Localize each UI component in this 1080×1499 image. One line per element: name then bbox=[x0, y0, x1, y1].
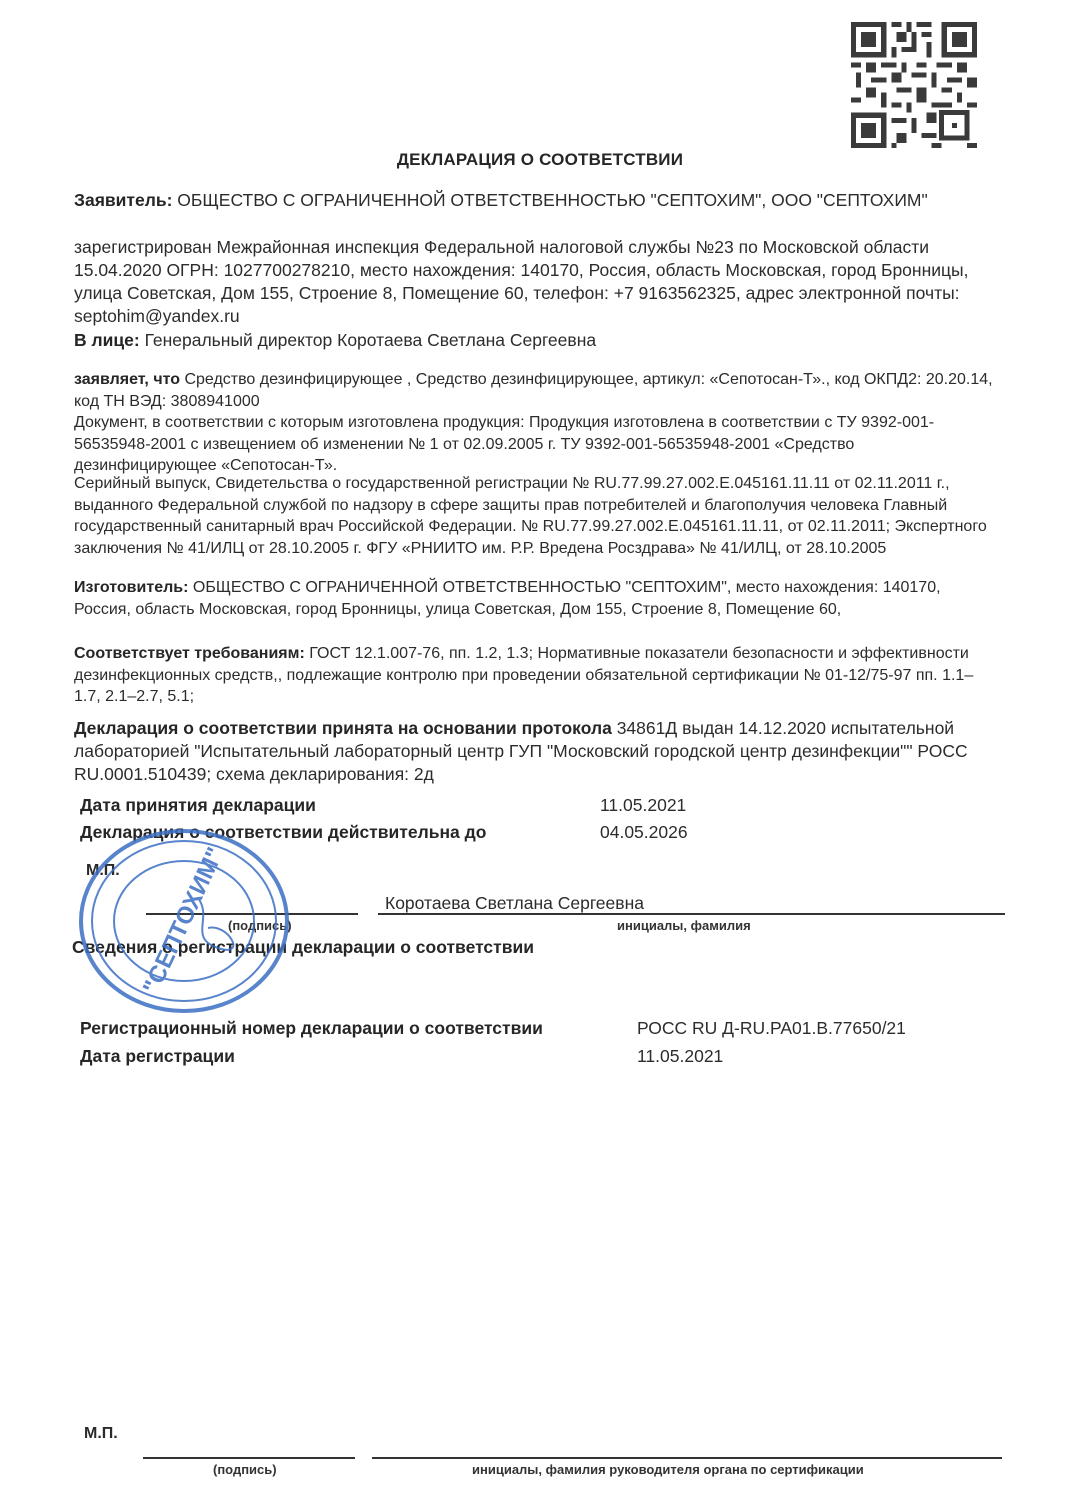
footer-signature-caption: (подпись) bbox=[213, 1462, 277, 1477]
applicant-name: ОБЩЕСТВО С ОГРАНИЧЕННОЙ ОТВЕТСТВЕННОСТЬЮ… bbox=[172, 190, 927, 210]
name-caption: инициалы, фамилия bbox=[617, 918, 751, 933]
manufacturer-label: Изготовитель: bbox=[74, 579, 188, 596]
valid-until-value: 04.05.2026 bbox=[600, 822, 688, 843]
manufacturer-text: ОБЩЕСТВО С ОГРАНИЧЕННОЙ ОТВЕТСТВЕННОСТЬЮ… bbox=[74, 579, 941, 618]
signatory-name: Коротаева Светлана Сергеевна bbox=[385, 893, 644, 914]
footer-name-caption: инициалы, фамилия руководителя органа по… bbox=[472, 1462, 864, 1477]
represented-by: Генеральный директор Коротаева Светлана … bbox=[140, 330, 596, 350]
applicant-section: Заявитель: ОБЩЕСТВО С ОГРАНИЧЕННОЙ ОТВЕТ… bbox=[74, 189, 994, 212]
name-line bbox=[378, 913, 1005, 915]
production-document: Документ, в соответствии с которым изгот… bbox=[74, 412, 994, 477]
product-description: Средство дезинфицирующее , Средство дези… bbox=[74, 371, 993, 410]
accepted-date-label: Дата принятия декларации bbox=[80, 795, 316, 816]
declares-label: заявляет, что bbox=[74, 371, 180, 388]
qr-code-icon bbox=[851, 22, 977, 148]
applicant-label: Заявитель: bbox=[74, 190, 172, 210]
represented-section: В лице: Генеральный директор Коротаева С… bbox=[74, 329, 994, 352]
footer-seal-place-label: М.П. bbox=[84, 1425, 118, 1443]
footer-signature-line bbox=[143, 1457, 355, 1459]
requirements-section: Соответствует требованиям: ГОСТ 12.1.007… bbox=[74, 643, 994, 708]
requirements-label: Соответствует требованиям: bbox=[74, 645, 305, 662]
registration-date-label: Дата регистрации bbox=[80, 1046, 235, 1067]
registration-number-value: РОСС RU Д-RU.PA01.B.77650/21 bbox=[637, 1018, 906, 1039]
declares-section: заявляет, что Средство дезинфицирующее ,… bbox=[74, 369, 994, 412]
manufacturer-section: Изготовитель: ОБЩЕСТВО С ОГРАНИЧЕННОЙ ОТ… bbox=[74, 577, 994, 620]
basis-label: Декларация о соответствии принята на осн… bbox=[74, 718, 612, 738]
registration-date-value: 11.05.2021 bbox=[637, 1046, 723, 1067]
document-title: ДЕКЛАРАЦИЯ О СООТВЕТСТВИИ bbox=[0, 150, 1080, 170]
serial-registration: Серийный выпуск, Свидетельства о государ… bbox=[74, 473, 994, 559]
applicant-details: зарегистрирован Межрайонная инспекция Фе… bbox=[74, 236, 994, 328]
basis-section: Декларация о соответствии принята на осн… bbox=[74, 717, 994, 786]
represented-label: В лице: bbox=[74, 330, 140, 350]
accepted-date-value: 11.05.2021 bbox=[600, 795, 686, 816]
company-seal-icon: "СЕПТОХИМ" bbox=[78, 828, 290, 1014]
registration-number-label: Регистрационный номер декларации о соотв… bbox=[80, 1018, 543, 1039]
footer-name-line bbox=[372, 1457, 1002, 1459]
